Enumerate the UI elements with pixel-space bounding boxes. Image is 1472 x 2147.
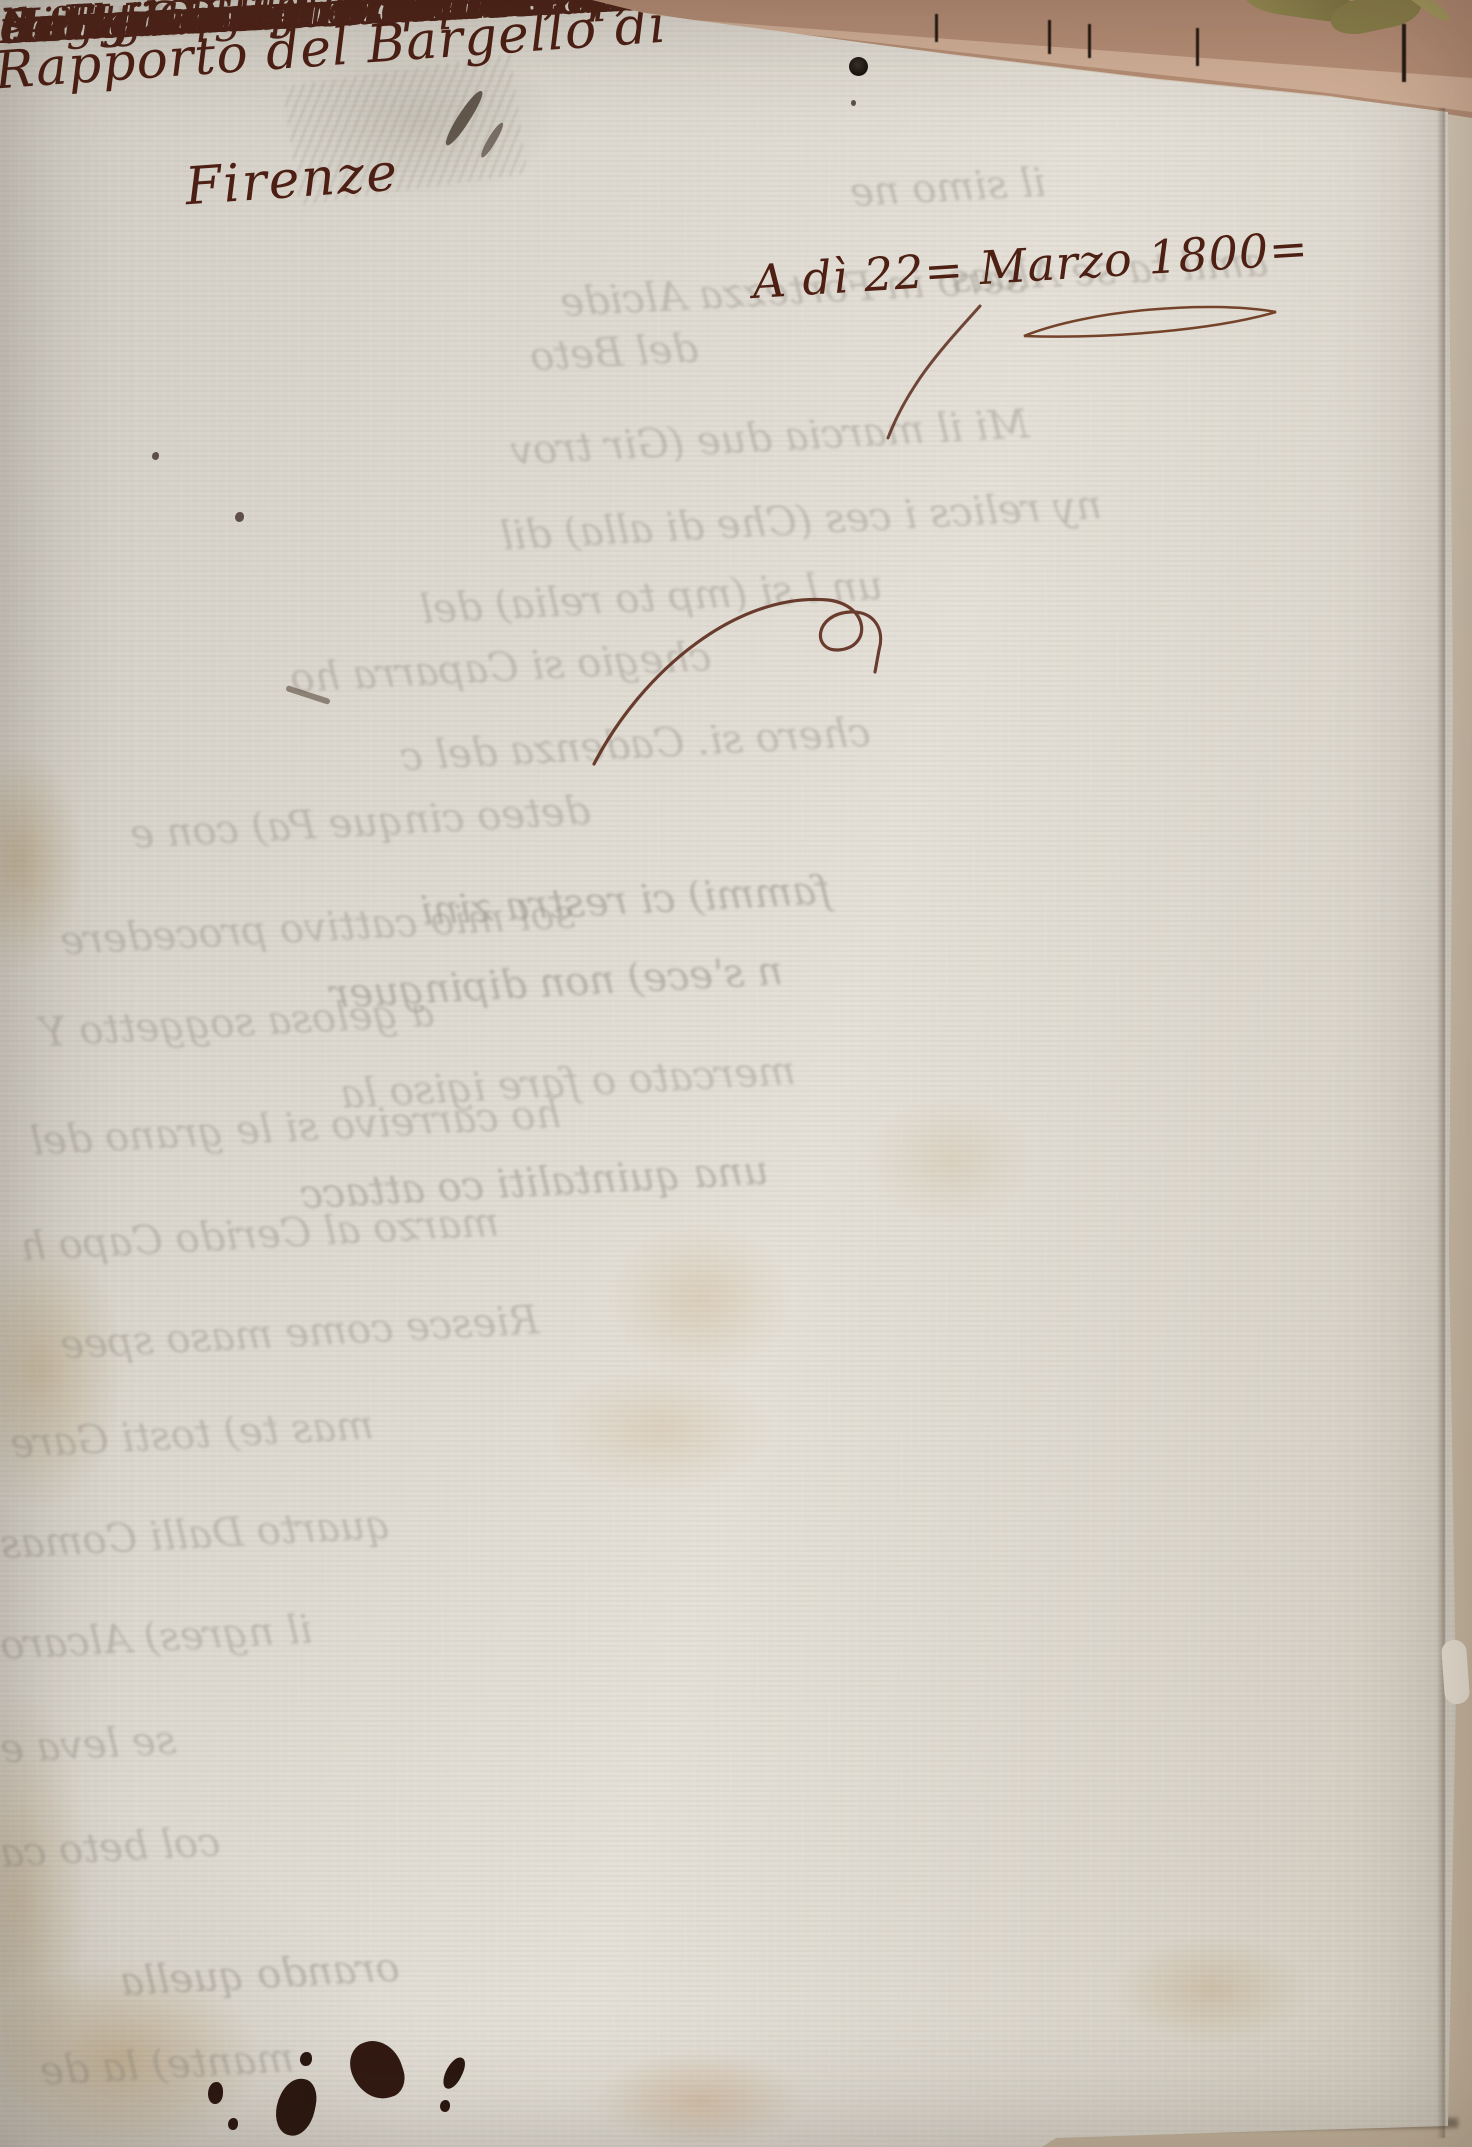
punch-hole-dot [849, 57, 868, 76]
ink-blot [228, 2118, 238, 2130]
ink-blot [300, 2052, 312, 2066]
manuscript-photo: il simo ne amil ta se Alcas sero in Fort… [0, 0, 1472, 2147]
stitch-mark [1048, 20, 1051, 54]
ink-speck [152, 452, 159, 460]
ink-blot [440, 2100, 450, 2112]
manuscript-page: il simo ne amil ta se Alcas sero in Fort… [0, 0, 1472, 2147]
stitch-mark [1196, 28, 1199, 66]
pen-flourish-above-body [588, 552, 928, 777]
bleed-through-line: del Beto [529, 326, 699, 381]
stitch-mark [935, 14, 938, 42]
punch-hole-speck [851, 100, 856, 106]
bleed-through-line: se leva e [0, 1717, 177, 1772]
page-right-edge-shadow [1437, 108, 1445, 2138]
stitch-mark [1088, 24, 1091, 58]
ink-speck [235, 512, 244, 522]
ink-blot [208, 2082, 223, 2104]
date-underline-flourish [1018, 292, 1288, 352]
descender-swash [880, 300, 990, 450]
stitch-mark [1402, 24, 1406, 82]
page-edge-highlight [1441, 1639, 1470, 1705]
